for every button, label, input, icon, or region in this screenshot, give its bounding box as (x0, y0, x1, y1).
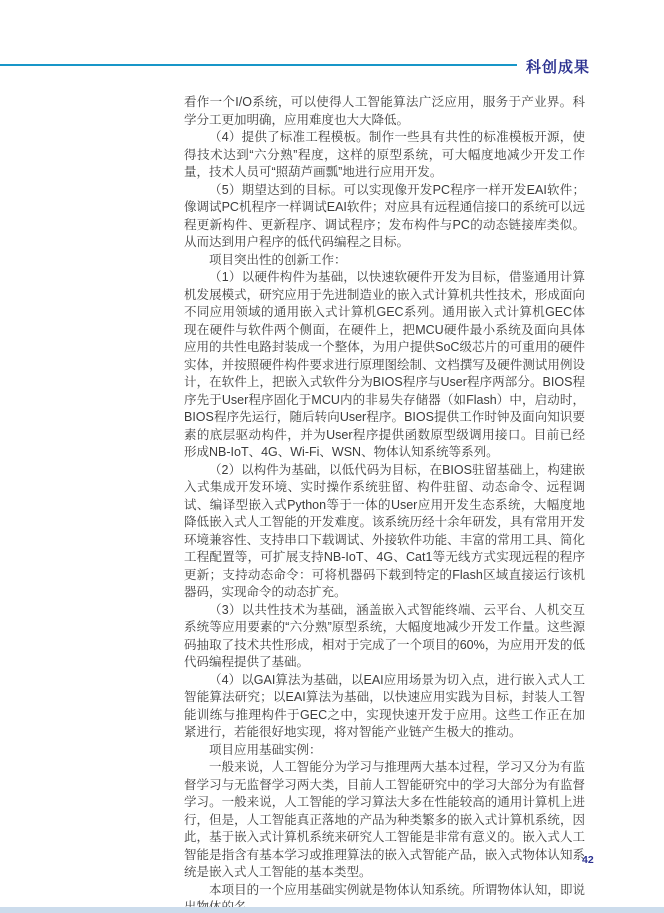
body-paragraph: （3）以共性技术为基础，涵盖嵌入式智能终端、云平台、人机交互系统等应用要素的“六… (184, 602, 585, 672)
body-text-column: 看作一个I/O系统，可以使得人工智能算法广泛应用，服务于产业界。科学分工更加明确… (184, 94, 585, 913)
body-paragraph: 一般来说，人工智能分为学习与推理两大基本过程，学习又分为有监督学习与无监督学习两… (184, 759, 585, 882)
page-header-title: 科创成果 (526, 56, 646, 77)
header-rule-line (0, 64, 517, 66)
body-paragraph: （2）以构件为基础，以低代码为目标，在BIOS驻留基础上，构建嵌入式集成开发环境… (184, 462, 585, 602)
body-paragraph: （4）提供了标准工程模板。制作一些具有共性的标准模板开源，使得技术达到“六分熟”… (184, 129, 585, 182)
body-paragraph: （1）以硬件构件为基础，以快速软硬件开发为目标，借鉴通用计算机发展模式，研究应用… (184, 269, 585, 462)
body-paragraph: 看作一个I/O系统，可以使得人工智能算法广泛应用，服务于产业界。科学分工更加明确… (184, 94, 585, 129)
body-paragraph: （5）期望达到的目标。可以实现像开发PC程序一样开发EAI软件；像调试PC机程序… (184, 182, 585, 252)
document-page: 科创成果 看作一个I/O系统，可以使得人工智能算法广泛应用，服务于产业界。科学分… (0, 0, 664, 913)
footer-bar (0, 907, 664, 913)
body-paragraph: 项目应用基础实例： (184, 742, 585, 760)
body-paragraph: （4）以GAI算法为基础，以EAI应用场景为切入点，进行嵌入式人工智能算法研究；… (184, 672, 585, 742)
page-number: 42 (582, 854, 594, 866)
body-paragraph: 项目突出性的创新工作： (184, 252, 585, 270)
